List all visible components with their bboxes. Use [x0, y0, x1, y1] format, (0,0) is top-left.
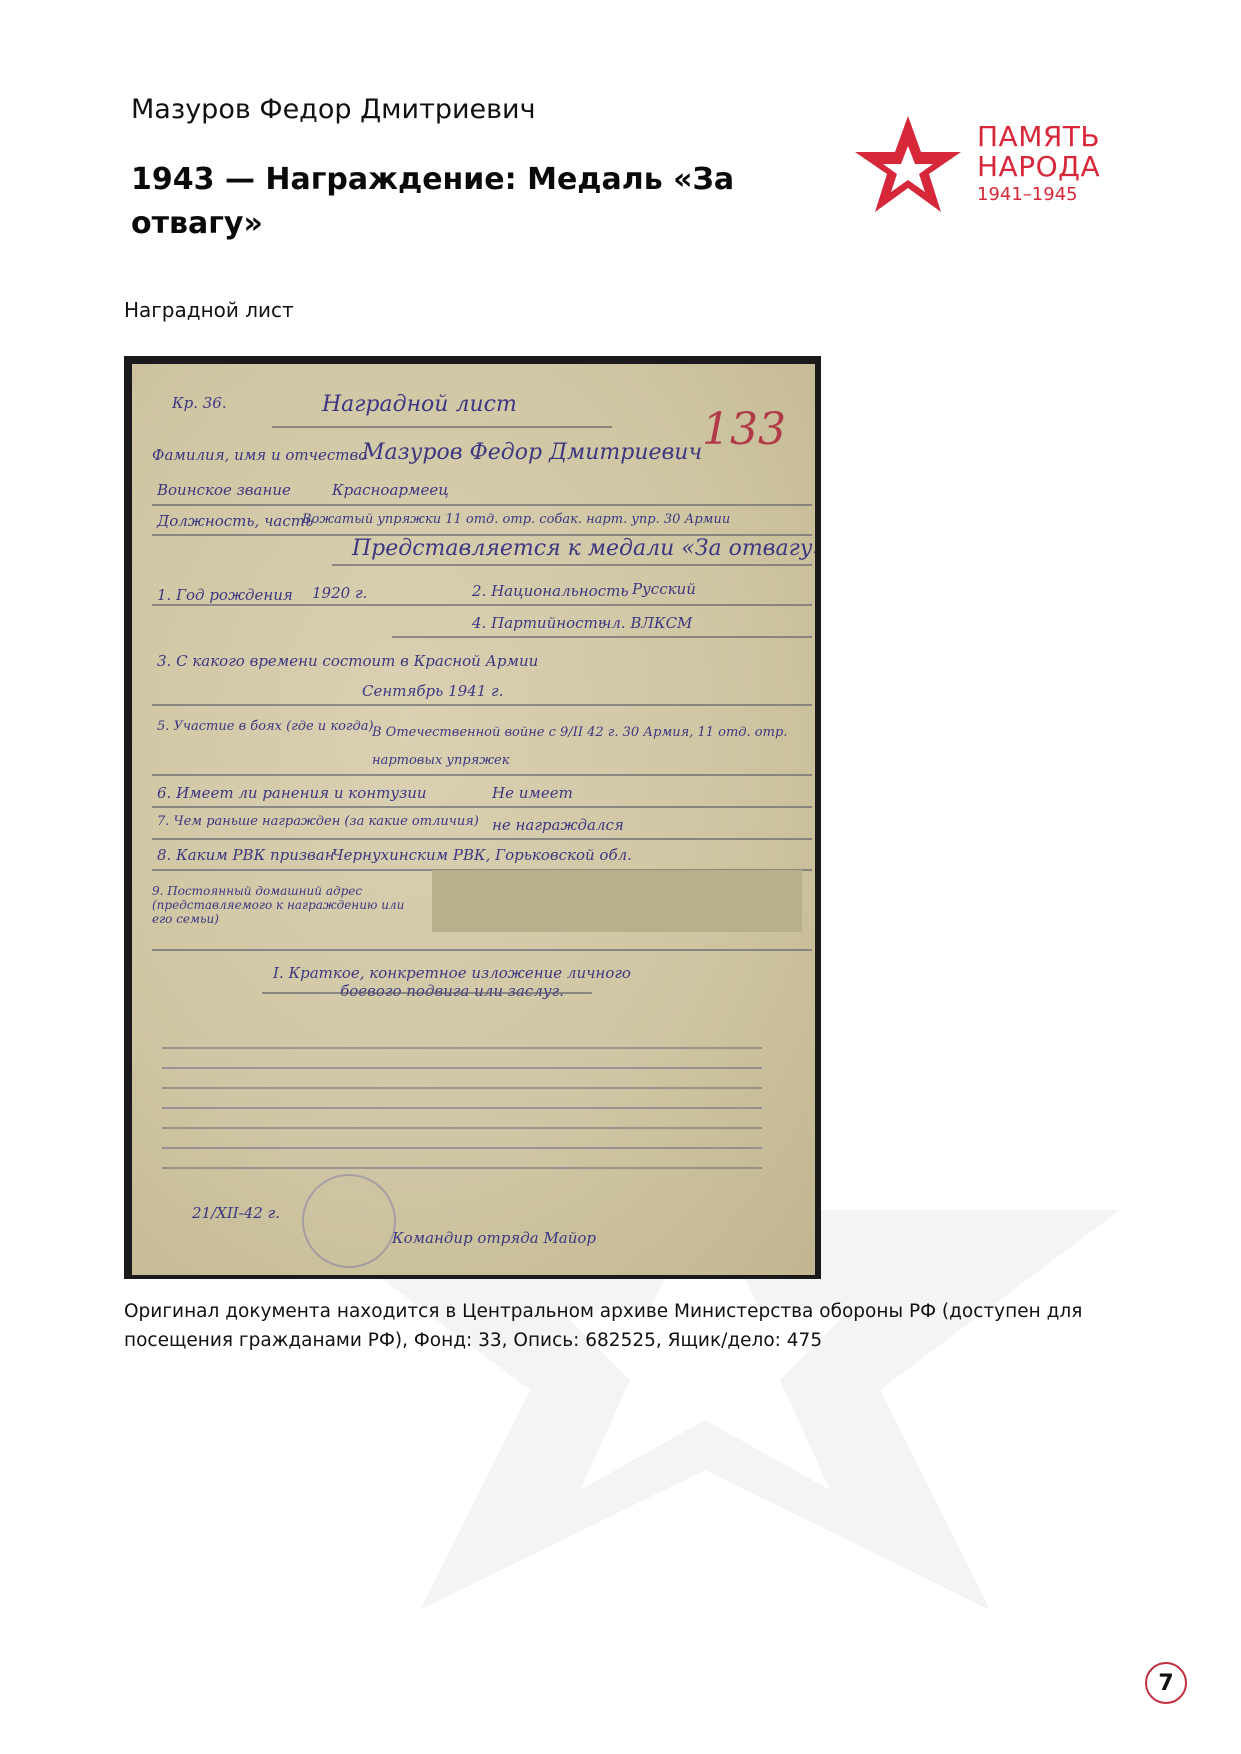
- scan-field-value: Не имеет: [492, 784, 573, 802]
- scan-field-label: 2. Национальность: [472, 582, 629, 600]
- scan-field-label: 5. Участие в боях (где и когда): [157, 719, 374, 734]
- scan-field-label: Должность, часть: [157, 512, 313, 530]
- scan-section-title: I. Краткое, конкретное изложение личного…: [252, 964, 652, 1000]
- scan-field-value: 1920 г.: [312, 584, 367, 602]
- document-label: Наградной лист: [124, 298, 294, 322]
- scan-field-value: Вожатый упряжки 11 отд. отр. собак. нарт…: [302, 512, 730, 527]
- scan-paper: Кр. 36. Наградной лист 133 Фамилия, имя …: [132, 364, 815, 1275]
- scan-field-value: В Отечественной войне с 9/II 42 г. 30 Ар…: [372, 719, 792, 775]
- scan-corner-note: Кр. 36.: [172, 394, 227, 412]
- scan-field-value: не награждался: [492, 816, 624, 834]
- person-name: Мазуров Федор Дмитриевич: [131, 94, 536, 125]
- scan-field-label: 3. С какого времени состоит в Красной Ар…: [157, 652, 538, 670]
- award-sheet-scan[interactable]: Кр. 36. Наградной лист 133 Фамилия, имя …: [124, 356, 821, 1279]
- scan-field-label: Фамилия, имя и отчество: [152, 446, 367, 464]
- scan-field-value: Мазуров Федор Дмитриевич: [362, 440, 702, 465]
- logo-line-2: НАРОДА: [977, 152, 1100, 182]
- handwritten-narrative: [162, 1029, 762, 1169]
- scan-field-label: 8. Каким РВК призван: [157, 846, 335, 864]
- logo-line-1: ПАМЯТЬ: [977, 122, 1100, 152]
- seal-stamp: [302, 1174, 396, 1268]
- redacted-address: [432, 870, 802, 932]
- scan-heading: Наградной лист: [322, 392, 517, 417]
- scan-field-value: Чернухинским РВК, Горьковской обл.: [332, 846, 632, 864]
- logo: ПАМЯТЬ НАРОДА 1941–1945: [855, 112, 1125, 227]
- archive-caption: Оригинал документа находится в Центральн…: [124, 1297, 1104, 1355]
- scan-field-value: чл. ВЛКСМ: [602, 614, 692, 632]
- scan-field-value: Русский: [632, 580, 696, 598]
- scan-field-label: 1. Год рождения: [157, 586, 293, 604]
- scan-field-label: 9. Постоянный домашний адрес (представля…: [152, 884, 412, 926]
- scan-signature: Командир отряда Майор: [392, 1229, 596, 1247]
- scan-field-label: 7. Чем раньше награжден (за какие отличи…: [157, 814, 479, 829]
- star-icon: [855, 116, 961, 216]
- scan-field-value: Сентябрь 1941 г.: [362, 682, 503, 700]
- scan-field-value: Представляется к медали «За отвагу»: [352, 536, 815, 561]
- archive-number: 133: [702, 404, 786, 455]
- scan-field-value: Красноармеец: [332, 481, 449, 499]
- scan-field-label: 6. Имеет ли ранения и контузии: [157, 784, 427, 802]
- logo-years: 1941–1945: [977, 182, 1100, 208]
- scan-field-label: 4. Партийность: [472, 614, 606, 632]
- page-number: 7: [1145, 1662, 1187, 1704]
- scan-date: 21/XII-42 г.: [192, 1204, 280, 1222]
- page-title: 1943 — Награждение: Медаль «За отвагу»: [131, 158, 791, 246]
- scan-field-label: Воинское звание: [157, 481, 291, 499]
